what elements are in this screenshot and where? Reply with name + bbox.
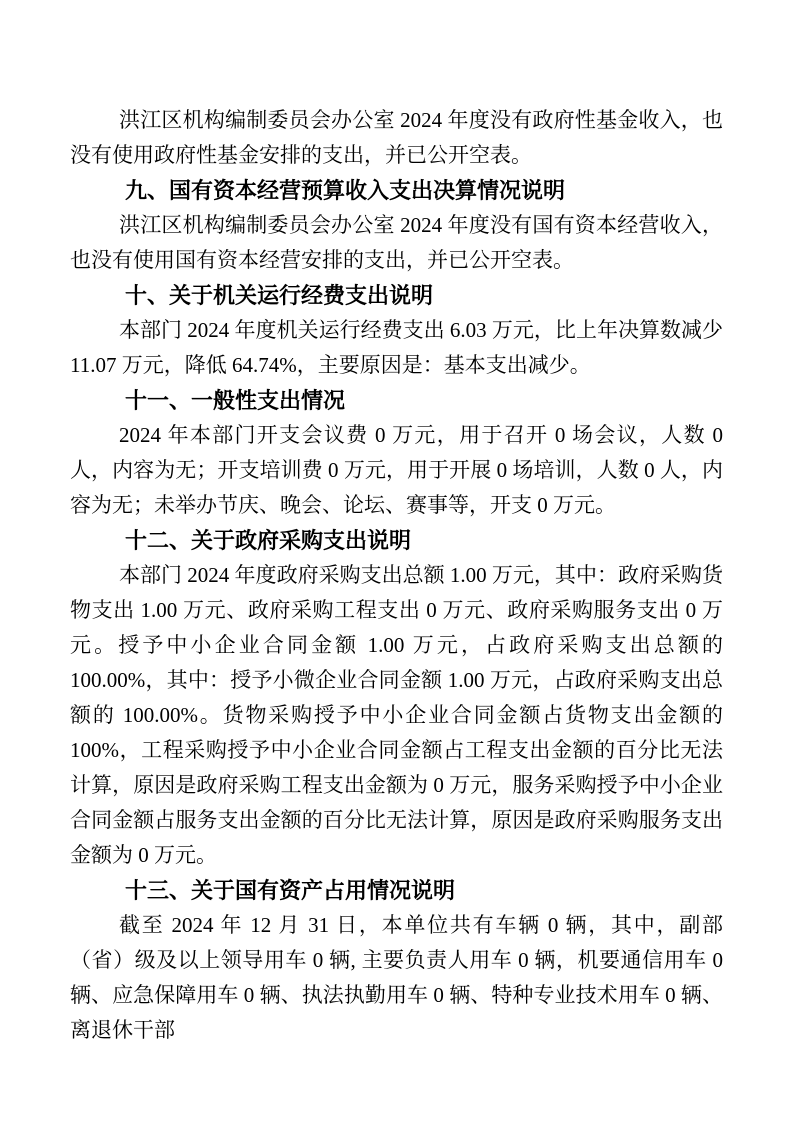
- section-heading: 九、国有资本经营预算收入支出决算情况说明: [70, 173, 723, 208]
- paragraph: 2024 年本部门开支会议费 0 万元，用于召开 0 场会议，人数 0 人，内容…: [70, 418, 723, 523]
- paragraph: 洪江区机构编制委员会办公室 2024 年度没有国有资本经营收入，也没有使用国有资…: [70, 208, 723, 278]
- document-page: 洪江区机构编制委员会办公室 2024 年度没有政府性基金收入，也没有使用政府性基…: [0, 0, 793, 1122]
- paragraph: 本部门 2024 年度政府采购支出总额 1.00 万元，其中：政府采购货物支出 …: [70, 558, 723, 873]
- paragraph: 洪江区机构编制委员会办公室 2024 年度没有政府性基金收入，也没有使用政府性基…: [70, 103, 723, 173]
- section-heading: 十一、一般性支出情况: [70, 383, 723, 418]
- paragraph: 本部门 2024 年度机关运行经费支出 6.03 万元，比上年决算数减少 11.…: [70, 313, 723, 383]
- section-heading: 十、关于机关运行经费支出说明: [70, 278, 723, 313]
- paragraph: 截至 2024 年 12 月 31 日，本单位共有车辆 0 辆，其中，副部（省）…: [70, 908, 723, 1048]
- section-heading: 十三、关于国有资产占用情况说明: [70, 873, 723, 908]
- document-body: 洪江区机构编制委员会办公室 2024 年度没有政府性基金收入，也没有使用政府性基…: [70, 103, 723, 1048]
- section-heading: 十二、关于政府采购支出说明: [70, 523, 723, 558]
